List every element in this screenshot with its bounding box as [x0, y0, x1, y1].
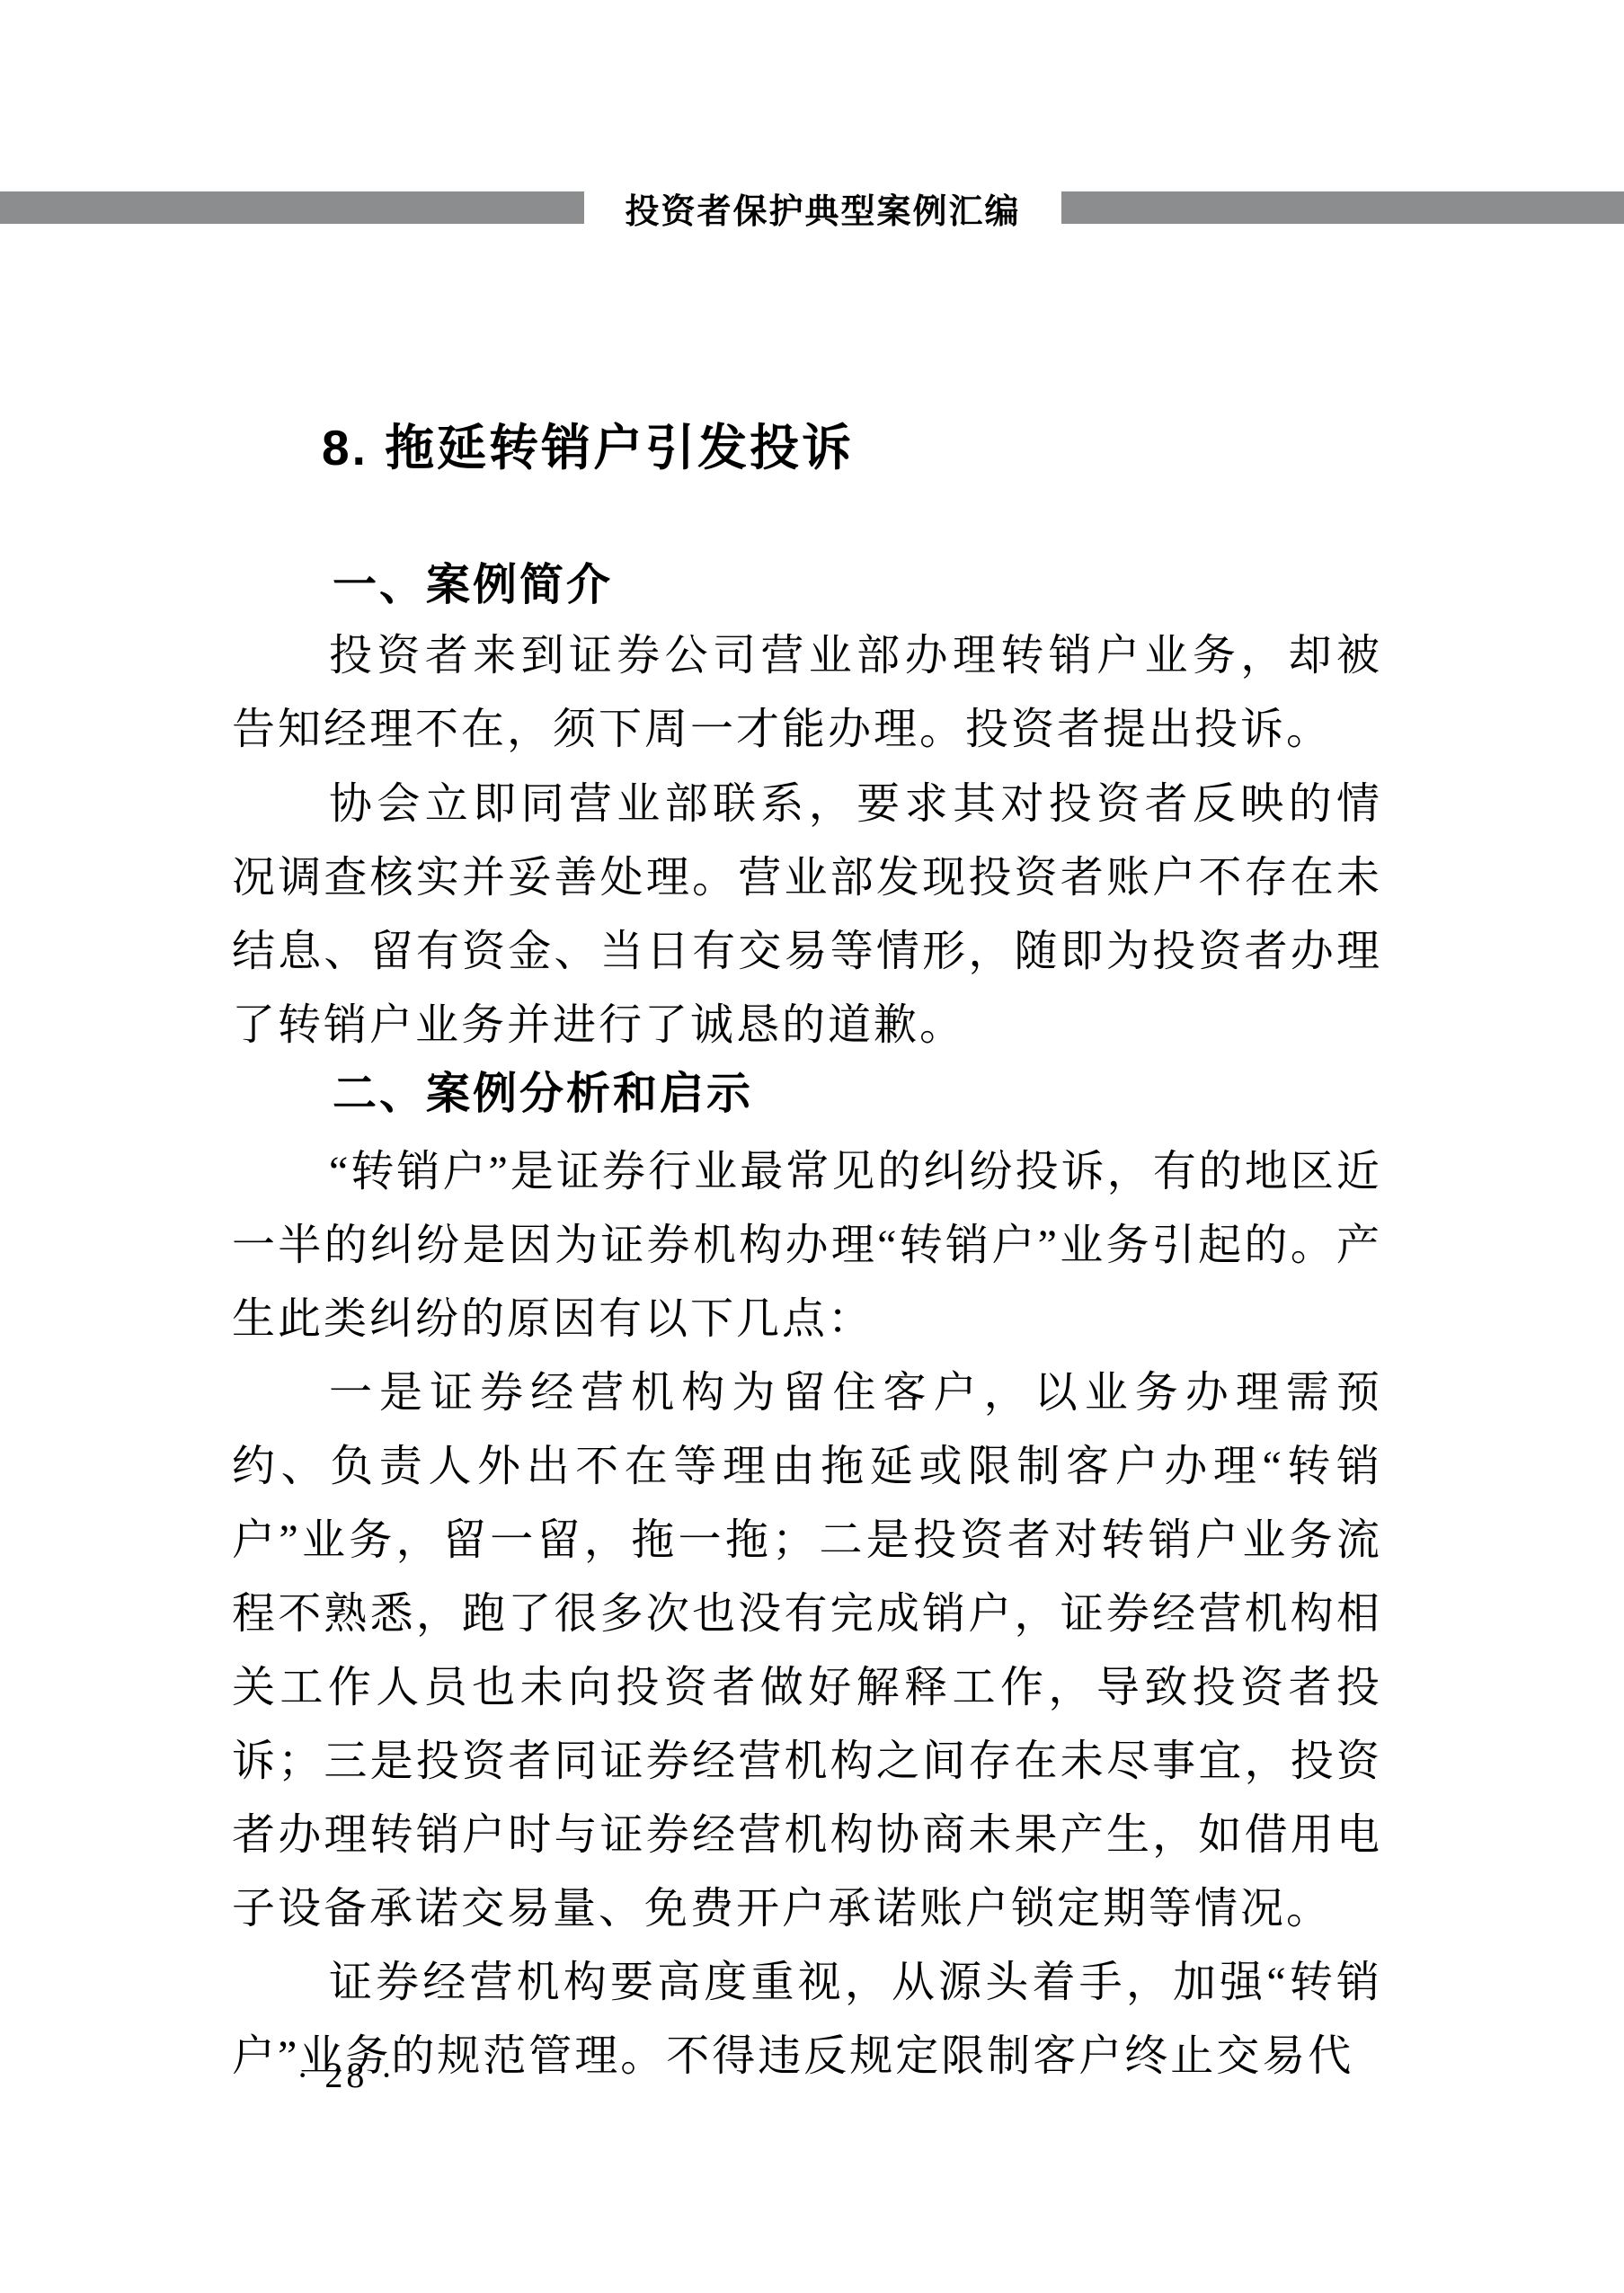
paragraph-analysis-2: 一是证券经营机构为留住客户，以业务办理需预约、负责人外出不在等理由拖延或限制客户… — [232, 1356, 1382, 1946]
paragraph-analysis-3: 证券经营机构要高度重视，从源头着手，加强“转销户”业务的规范管理。不得违反规定限… — [232, 1946, 1382, 2093]
header-bar-right — [1061, 191, 1624, 224]
paragraph-case-intro-2: 协会立即同营业部联系，要求其对投资者反映的情况调查核实并妥善处理。营业部发现投资… — [232, 768, 1382, 1062]
chapter-title: 8. 拖延转销户引发投诉 — [232, 420, 1472, 475]
paragraph-case-intro-1: 投资者来到证券公司营业部办理转销户业务，却被告知经理不在，须下周一才能办理。投资… — [232, 619, 1382, 767]
header-bar-left — [0, 191, 584, 224]
page-header: 投资者保护典型案例汇编 — [0, 191, 1624, 224]
section-heading-1: 一、案例简介 — [232, 548, 1483, 622]
page-number: · 28 · — [297, 2054, 396, 2096]
running-head: 投资者保护典型案例汇编 — [584, 191, 1061, 224]
section-heading-2: 二、案例分析和启示 — [232, 1057, 1483, 1131]
paragraph-analysis-1: “转销户”是证券行业最常见的纠纷投诉，有的地区近一半的纠纷是因为证券机构办理“转… — [232, 1135, 1382, 1356]
document-page: 投资者保护典型案例汇编 8. 拖延转销户引发投诉 一、案例简介 投资者来到证券公… — [0, 0, 1624, 2293]
